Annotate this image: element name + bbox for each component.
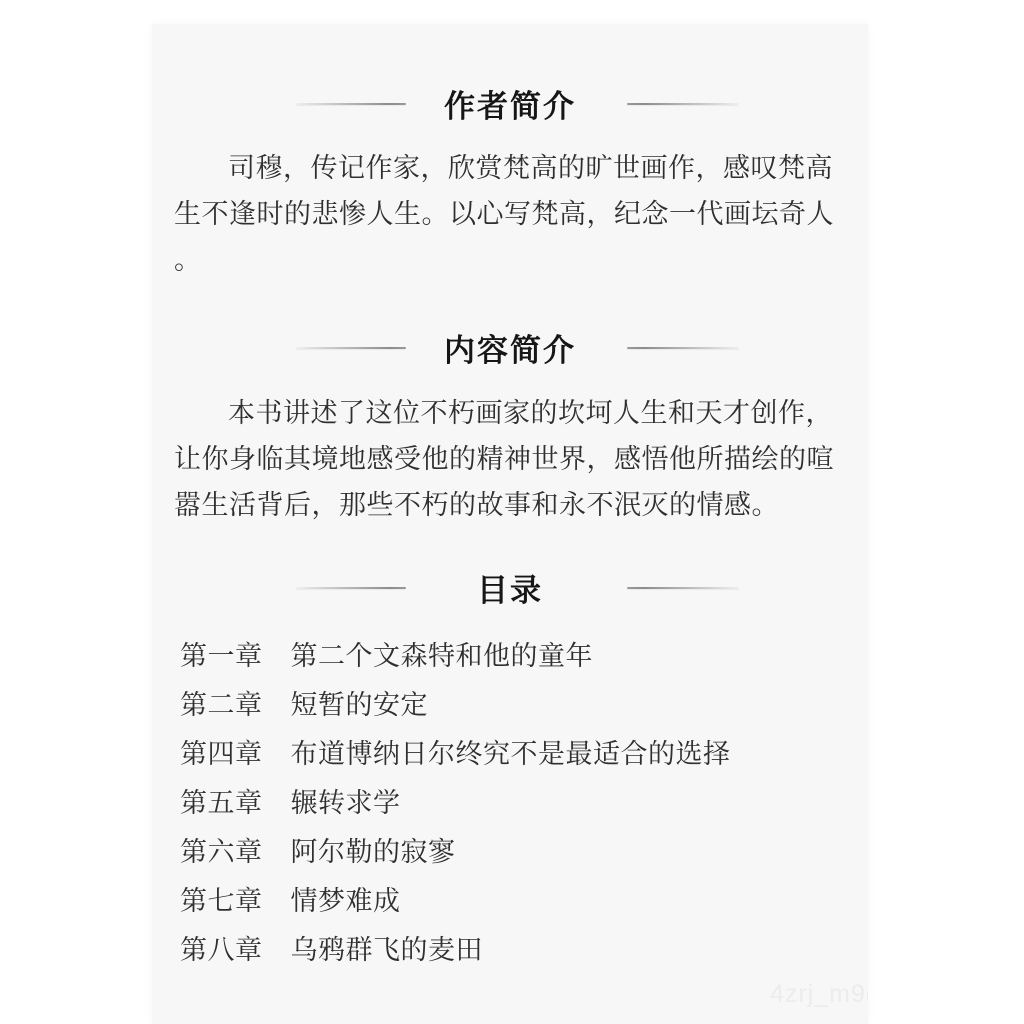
toc-row: 第五章 辗转求学 bbox=[180, 776, 846, 825]
author-section-heading: 作者简介 bbox=[174, 82, 846, 124]
toc-section-title: 目录 bbox=[477, 565, 543, 610]
toc-row: 第二章 短暂的安定 bbox=[180, 678, 846, 727]
chapter-number: 第六章 bbox=[180, 830, 263, 869]
toc-list: 第一章 第二个文森特和他的童年 第二章 短暂的安定 第四章 布道博纳日尔终究不是… bbox=[174, 629, 846, 972]
watermark-text: 4zrj_m9q_ bbox=[770, 980, 868, 1009]
heading-divider-left bbox=[296, 587, 406, 589]
heading-divider-left bbox=[296, 103, 406, 105]
chapter-number: 第七章 bbox=[180, 879, 263, 918]
content-paragraph: 本书讲述了这位不朽画家的坎坷人生和天才创作，让你身临其境地感受他的精神世界，感悟… bbox=[174, 390, 846, 528]
chapter-title: 短暂的安定 bbox=[291, 683, 429, 722]
chapter-number: 第四章 bbox=[180, 732, 263, 771]
toc-row: 第八章 乌鸦群飞的麦田 bbox=[180, 923, 846, 972]
chapter-number: 第八章 bbox=[180, 928, 263, 967]
toc-row: 第四章 布道博纳日尔终究不是最适合的选择 bbox=[180, 727, 846, 776]
chapter-number: 第二章 bbox=[180, 683, 263, 722]
author-section: 作者简介 司穆，传记作家，欣赏梵高的旷世画作，感叹梵高生不逢时的悲惨人生。以心写… bbox=[174, 82, 846, 283]
heading-divider-left bbox=[296, 347, 406, 349]
chapter-title: 布道博纳日尔终究不是最适合的选择 bbox=[291, 732, 731, 771]
chapter-number: 第一章 bbox=[180, 634, 263, 673]
description-card: 作者简介 司穆，传记作家，欣赏梵高的旷世画作，感叹梵高生不逢时的悲惨人生。以心写… bbox=[152, 24, 868, 1024]
chapter-title: 阿尔勒的寂寥 bbox=[291, 830, 456, 869]
toc-row: 第六章 阿尔勒的寂寥 bbox=[180, 825, 846, 874]
chapter-title: 辗转求学 bbox=[291, 781, 401, 820]
toc-section: 目录 第一章 第二个文森特和他的童年 第二章 短暂的安定 第四章 布道博纳日尔终… bbox=[174, 566, 846, 972]
chapter-title: 第二个文森特和他的童年 bbox=[291, 634, 594, 673]
toc-row: 第七章 情梦难成 bbox=[180, 874, 846, 923]
heading-divider-right bbox=[627, 347, 739, 349]
content-section-title: 内容简介 bbox=[444, 325, 576, 370]
toc-section-heading: 目录 bbox=[174, 566, 846, 608]
chapter-title: 乌鸦群飞的麦田 bbox=[291, 928, 484, 967]
heading-divider-right bbox=[627, 587, 739, 589]
content-section-heading: 内容简介 bbox=[174, 326, 846, 368]
content-section: 内容简介 本书讲述了这位不朽画家的坎坷人生和天才创作，让你身临其境地感受他的精神… bbox=[174, 326, 846, 528]
author-section-title: 作者简介 bbox=[444, 81, 576, 126]
chapter-title: 情梦难成 bbox=[291, 879, 401, 918]
book-description-page: 作者简介 司穆，传记作家，欣赏梵高的旷世画作，感叹梵高生不逢时的悲惨人生。以心写… bbox=[0, 0, 1024, 1024]
chapter-number: 第五章 bbox=[180, 781, 263, 820]
heading-divider-right bbox=[627, 103, 739, 105]
author-paragraph: 司穆，传记作家，欣赏梵高的旷世画作，感叹梵高生不逢时的悲惨人生。以心写梵高，纪念… bbox=[174, 145, 846, 283]
toc-row: 第一章 第二个文森特和他的童年 bbox=[180, 629, 846, 678]
